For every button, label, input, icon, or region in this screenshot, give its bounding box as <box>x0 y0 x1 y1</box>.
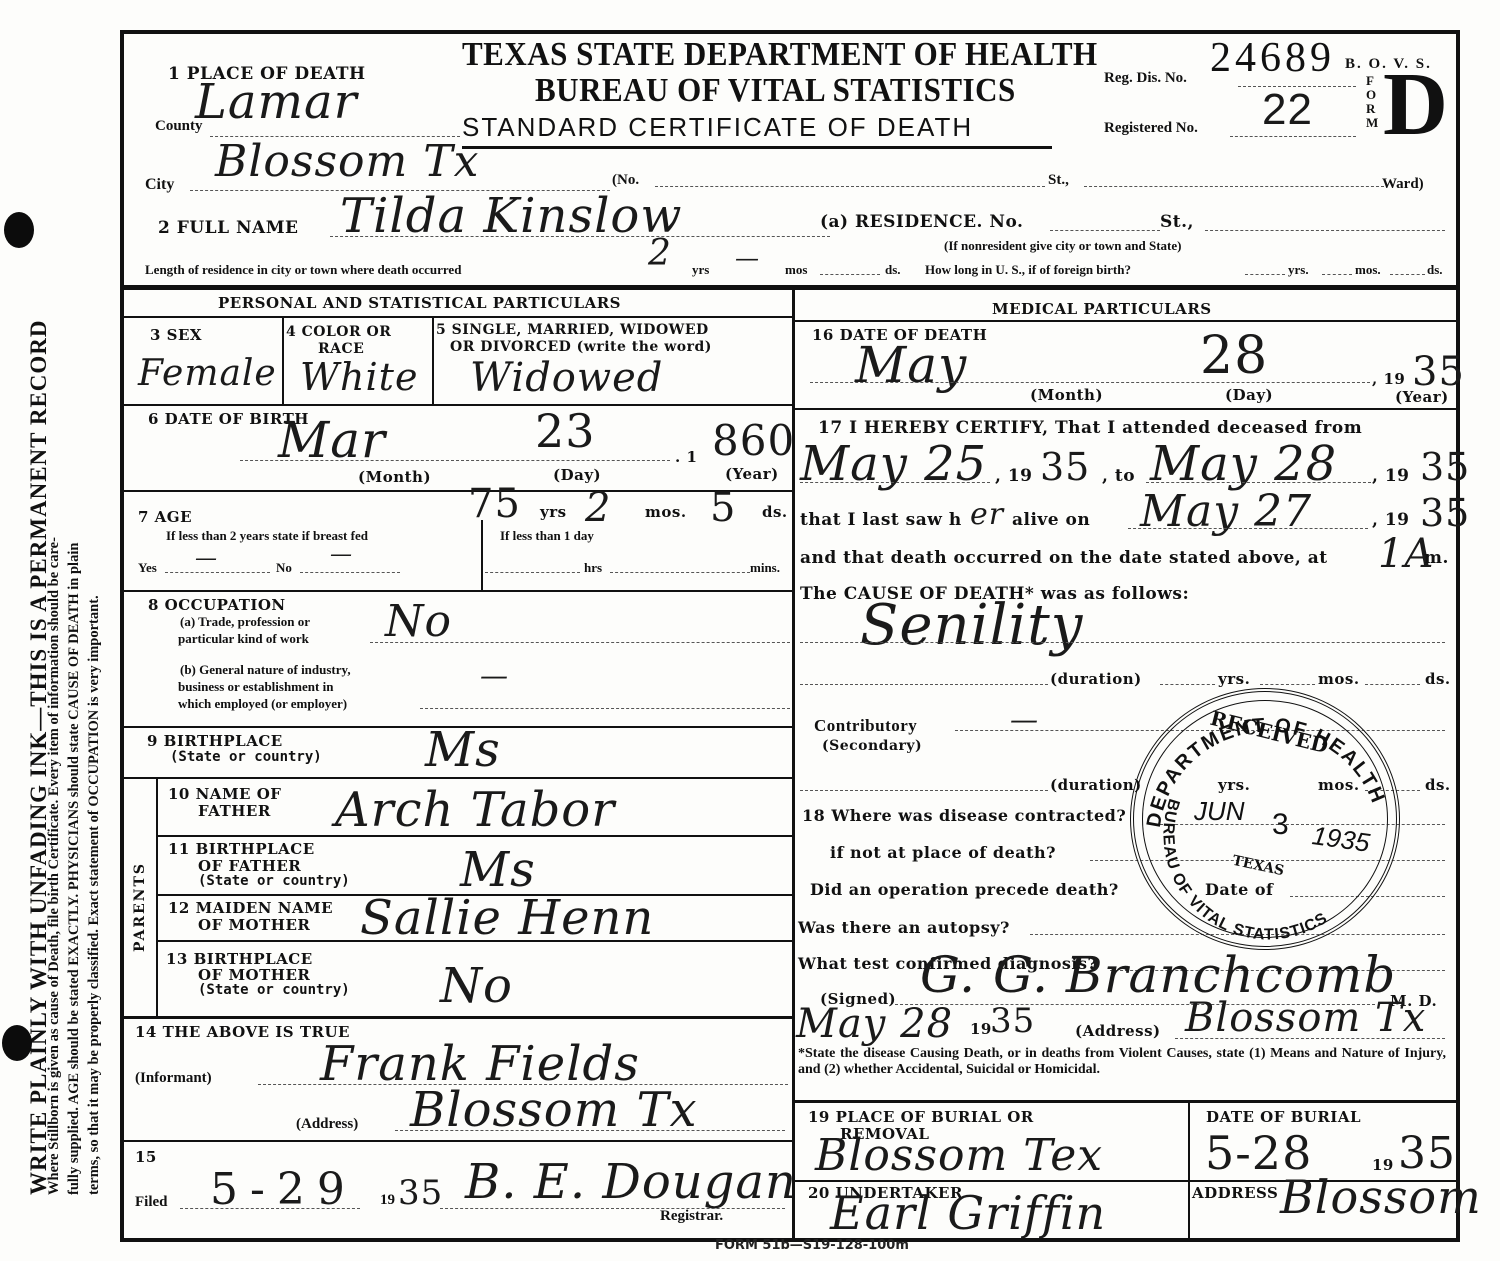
sex-value[interactable]: Female <box>138 356 277 392</box>
breast-fed-yes-value[interactable]: — <box>195 548 218 570</box>
death-day-value[interactable]: 28 <box>1200 330 1268 382</box>
residence-street-field[interactable] <box>1205 230 1445 231</box>
cell-divider <box>432 316 434 406</box>
cell-divider <box>282 316 284 406</box>
disease-contracted-label: 18 Where was disease contracted? <box>802 806 1126 825</box>
margin-instructions-line-1: Where Stillborn is given as cause of Dea… <box>46 537 63 1195</box>
occupation-b-label-1: (b) General nature of industry, <box>180 662 351 678</box>
occupation-b-label-3: which employed (or employer) <box>178 696 347 712</box>
physician-address-value[interactable]: Blossom Tx <box>1185 998 1426 1038</box>
operation-label: Did an operation precede death? <box>810 880 1119 899</box>
punch-hole-icon <box>4 212 34 248</box>
birthplace-sublabel: (State or country) <box>170 749 322 765</box>
informant-address-line <box>395 1130 785 1131</box>
last-saw-date-line <box>1128 528 1368 529</box>
birth-day-value[interactable]: 23 <box>535 408 596 454</box>
birthplace-value[interactable]: Ms <box>425 726 501 774</box>
form-vertical-label: FORM <box>1366 74 1378 130</box>
residence-months-value[interactable]: — <box>735 246 760 270</box>
undertaker-address-value[interactable]: Blossom <box>1280 1174 1482 1220</box>
cause-duration-label: (duration) <box>1050 670 1142 688</box>
burial-place-label: 19 PLACE OF BURIAL OR <box>808 1108 1034 1126</box>
informant-address-label: (Address) <box>296 1116 358 1133</box>
age-months-value[interactable]: 2 <box>585 488 611 528</box>
physician-signature[interactable]: G. G. Branchcomb <box>920 950 1396 1000</box>
margin-instructions-line-2: fully supplied. AGE should be stated EXA… <box>66 543 83 1195</box>
death-time-label: and that death occurred on the date stat… <box>800 548 1328 568</box>
father-name-label: 10 NAME OF <box>168 785 281 803</box>
title-certificate: STANDARD CERTIFICATE OF DEATH <box>462 112 973 143</box>
occupation-a-label-1: (a) Trade, profession or <box>180 614 310 630</box>
city-label: City <box>145 176 174 194</box>
occupation-b-value[interactable]: — <box>480 662 509 690</box>
title-underline <box>462 146 1052 149</box>
father-birthplace-value[interactable]: Ms <box>460 846 536 894</box>
foreign-months-label: mos. <box>1355 262 1381 278</box>
occupation-a-value[interactable]: No <box>385 600 452 644</box>
county-value[interactable]: Lamar <box>195 78 358 126</box>
residence-label: (a) RESIDENCE. No. <box>820 212 1023 232</box>
residence-years-label: yrs <box>692 262 709 278</box>
signed-date-value[interactable]: May 28 <box>796 1004 953 1044</box>
cell-divider <box>1188 1100 1190 1242</box>
marital-status-label: 5 SINGLE, MARRIED, WIDOWED <box>436 322 709 338</box>
cause-footnote: *State the disease Causing Death, or in … <box>798 1046 1446 1078</box>
certify-label: 17 I HEREBY CERTIFY, That I attended dec… <box>818 418 1362 438</box>
full-name-field-line <box>330 236 830 237</box>
filed-number: 15 <box>135 1148 157 1166</box>
age-days-label: ds. <box>762 503 788 521</box>
filed-date-value[interactable]: 5-29 <box>210 1168 357 1212</box>
occupation-label: 8 OCCUPATION <box>148 596 286 614</box>
age-months-label: mos. <box>645 503 687 521</box>
mother-name-label-2: OF MOTHER <box>198 916 310 934</box>
foreign-years-label: yrs. <box>1288 262 1309 278</box>
medical-section-title: MEDICAL PARTICULARS <box>992 300 1212 318</box>
form-letter: D <box>1383 60 1448 150</box>
street-number-field[interactable] <box>655 186 1045 187</box>
death-month-caption: (Month) <box>1030 386 1103 404</box>
color-label: 4 COLOR OR <box>286 324 391 340</box>
parents-divider <box>156 777 158 1017</box>
death-year-value[interactable]: 35 <box>1412 352 1465 392</box>
duration-line <box>800 790 1048 791</box>
cell-divider <box>481 520 483 592</box>
breast-fed-no-label: No <box>276 560 292 576</box>
above-is-true-label: 14 THE ABOVE IS TRUE <box>135 1023 350 1041</box>
margin-instructions: WRITE PLAINLY WITH UNFADING INK—THIS IS … <box>0 0 115 1261</box>
physician-address-line <box>1175 1038 1445 1039</box>
death-date-line <box>810 382 1370 383</box>
occupation-a-line <box>370 642 790 643</box>
death-time-suffix: m. <box>1424 548 1449 568</box>
birth-month-value[interactable]: Mar <box>278 415 386 465</box>
sex-label: 3 SEX <box>150 326 202 344</box>
last-saw-year-prefix: , 19 <box>1372 510 1410 530</box>
contributory-label: Contributory <box>814 716 917 736</box>
row-divider <box>794 408 1460 410</box>
birth-date-line <box>240 460 670 461</box>
last-saw-year[interactable]: 35 <box>1420 494 1470 532</box>
attended-from-line <box>800 482 990 483</box>
foreign-birth-label: How long in U. S., if of foreign birth? <box>925 262 1131 278</box>
hours-field[interactable] <box>485 572 580 573</box>
occupation-b-label-2: business or establishment in <box>178 679 333 695</box>
residence-days-label: ds. <box>885 262 901 278</box>
row-divider <box>156 940 794 942</box>
attended-to-year[interactable]: 35 <box>1420 448 1470 486</box>
received-stamp: DEPARTMENT OF HEALTH BUREAU OF VITAL STA… <box>1130 688 1400 950</box>
title-bureau: BUREAU OF VITAL STATISTICS <box>535 70 1016 110</box>
breast-fed-yes-line <box>165 572 270 573</box>
row-divider <box>794 1100 1460 1103</box>
residence-length-label: Length of residence in city or town wher… <box>145 262 461 278</box>
punch-hole-icon <box>2 1025 32 1061</box>
filed-label: Filed <box>135 1194 168 1211</box>
row-divider <box>124 316 794 318</box>
residence-years-value[interactable]: 2 <box>648 236 672 272</box>
birth-year-prefix: . 1 <box>675 448 697 466</box>
breast-fed-yes-label: Yes <box>138 560 157 576</box>
residence-street-label: St., <box>1160 212 1194 232</box>
row-divider <box>156 835 794 837</box>
full-name-label: 2 FULL NAME <box>158 218 298 238</box>
breast-fed-no-line <box>300 572 400 573</box>
foreign-days-field[interactable] <box>1390 274 1425 275</box>
nonresident-note: (If nonresident give city or town and St… <box>944 238 1182 254</box>
margin-instructions-line-3: terms, so that it may be properly classi… <box>86 595 103 1195</box>
duration-line <box>800 684 1048 685</box>
cause-of-death-value[interactable]: Senility <box>860 598 1083 654</box>
physician-address-label: (Address) <box>1075 1022 1161 1040</box>
attended-from-value[interactable]: May 25 <box>800 440 987 488</box>
birthplace-label: 9 BIRTHPLACE <box>147 732 283 750</box>
informant-address-value[interactable]: Blossom Tx <box>410 1086 698 1134</box>
death-year-prefix: , 19 <box>1372 370 1405 388</box>
mother-birthplace-value[interactable]: No <box>440 962 513 1010</box>
foreign-years-field[interactable] <box>1245 274 1285 275</box>
attended-to-line <box>1146 482 1371 483</box>
street-label: St., <box>1048 172 1069 189</box>
registrar-line <box>440 1208 785 1209</box>
hours-label: hrs <box>584 560 602 576</box>
cause-duration-months-field[interactable] <box>1260 684 1315 685</box>
minutes-label: mins. <box>750 560 780 576</box>
cause-duration-days-field[interactable] <box>1365 684 1420 685</box>
last-saw-label: that I last saw h <box>800 510 962 530</box>
day-caption: (Day) <box>553 466 601 484</box>
full-name-value[interactable]: Tilda Kinslow <box>340 192 682 240</box>
burial-date-label: DATE OF BURIAL <box>1206 1108 1361 1126</box>
no-label: (No. <box>612 172 639 189</box>
filed-year-prefix: 19 <box>380 1192 395 1209</box>
row-divider <box>124 1016 794 1019</box>
burial-place-value[interactable]: Blossom Tex <box>815 1134 1103 1178</box>
signed-year-prefix: 19 <box>970 1020 992 1038</box>
mother-birthplace-sublabel: (State or country) <box>198 982 350 998</box>
mother-name-label: 12 MAIDEN NAME <box>168 899 333 917</box>
registrar-label: Registrar. <box>660 1208 723 1225</box>
signed-year-value[interactable]: 35 <box>990 1004 1035 1038</box>
residence-days-field[interactable] <box>820 274 880 275</box>
filed-date-line <box>180 1208 360 1209</box>
stamp-day: 3 <box>1272 808 1289 842</box>
ward-field[interactable] <box>1084 186 1384 187</box>
less-than-day-label: If less than 1 day <box>500 528 594 544</box>
color-value[interactable]: White <box>300 358 418 396</box>
death-year-caption: (Year) <box>1395 388 1449 406</box>
row-divider <box>124 777 794 779</box>
mother-name-value[interactable]: Sallie Henn <box>360 894 654 942</box>
contributory-duration-days-label: ds. <box>1425 776 1451 794</box>
foreign-days-label: ds. <box>1427 262 1443 278</box>
undertaker-value[interactable]: Earl Griffin <box>830 1190 1106 1236</box>
attended-from-year-prefix: , 19 <box>995 466 1033 486</box>
city-value[interactable]: Blossom Tx <box>215 140 479 184</box>
title-department: TEXAS STATE DEPARTMENT OF HEALTH <box>462 34 1098 74</box>
form-number-footer: FORM 51b—S19-128-100m <box>715 1238 909 1253</box>
breast-fed-no-value[interactable]: — <box>330 544 353 566</box>
row-divider <box>124 590 794 592</box>
registrar-signature[interactable]: B. E. Dougan <box>465 1158 797 1206</box>
filed-year-value[interactable]: 35 <box>398 1176 443 1210</box>
parents-label: PARENTS <box>132 862 148 952</box>
cause-duration-days-label: ds. <box>1425 670 1451 688</box>
occupation-a-label-2: particular kind of work <box>178 631 309 647</box>
row-divider <box>124 404 794 406</box>
minutes-field[interactable] <box>610 572 750 573</box>
month-caption: (Month) <box>358 468 431 486</box>
registered-number[interactable]: 22 <box>1262 88 1313 132</box>
registered-field-line <box>1230 136 1356 137</box>
to-label: , to <box>1102 466 1135 486</box>
father-birthplace-sublabel: (State or country) <box>198 873 350 889</box>
row-divider <box>794 320 1460 322</box>
year-caption: (Year) <box>725 465 779 483</box>
attended-to-value[interactable]: May 28 <box>1150 440 1337 488</box>
row-divider <box>124 1140 794 1142</box>
age-years-value[interactable]: 75 <box>468 484 521 524</box>
undertaker-address-label: ADDRESS <box>1192 1184 1278 1202</box>
residence-months-label: mos <box>785 262 807 278</box>
age-label: 7 AGE <box>138 508 192 526</box>
marital-status-value[interactable]: Widowed <box>470 358 663 398</box>
cause-duration-months-label: mos. <box>1318 670 1360 688</box>
contributory-duration-label: (duration) <box>1050 776 1142 794</box>
father-name-label-2: FATHER <box>198 802 271 820</box>
cause-duration-years-label: yrs. <box>1218 670 1250 688</box>
attended-from-year[interactable]: 35 <box>1040 448 1090 486</box>
marital-status-sublabel: OR DIVORCED (write the word) <box>450 339 712 355</box>
personal-section-title: PERSONAL AND STATISTICAL PARTICULARS <box>218 294 621 312</box>
foreign-months-field[interactable] <box>1322 274 1352 275</box>
ward-label: Ward) <box>1382 176 1424 193</box>
cause-duration-years-field[interactable] <box>1160 684 1215 685</box>
row-divider <box>124 490 794 492</box>
age-years-label: yrs <box>540 503 567 521</box>
father-birthplace-label: 11 BIRTHPLACE <box>168 840 315 858</box>
stamp-month: JUN <box>1194 796 1245 827</box>
disease-contracted-sublabel: if not at place of death? <box>830 843 1056 862</box>
alive-on-label: alive on <box>1012 510 1090 530</box>
autopsy-label: Was there an autopsy? <box>798 918 1010 937</box>
age-days-value[interactable]: 5 <box>710 488 736 528</box>
cause-line <box>800 642 1445 643</box>
residence-number-field[interactable] <box>1050 230 1160 231</box>
secondary-label: (Secondary) <box>822 738 922 754</box>
informant-value[interactable]: Frank Fields <box>320 1040 640 1088</box>
occupation-b-line <box>420 708 790 709</box>
certificate-number: 24689 <box>1210 34 1335 82</box>
death-day-caption: (Day) <box>1225 386 1273 404</box>
reg-dis-label: Reg. Dis. No. <box>1104 70 1187 87</box>
attended-to-year-prefix: , 19 <box>1372 466 1410 486</box>
informant-label: (Informant) <box>135 1070 212 1087</box>
father-name-value[interactable]: Arch Tabor <box>335 786 615 834</box>
last-saw-pronoun[interactable]: er <box>970 500 1004 530</box>
registered-label: Registered No. <box>1104 120 1198 137</box>
birth-year-value[interactable]: 860 <box>712 420 795 462</box>
